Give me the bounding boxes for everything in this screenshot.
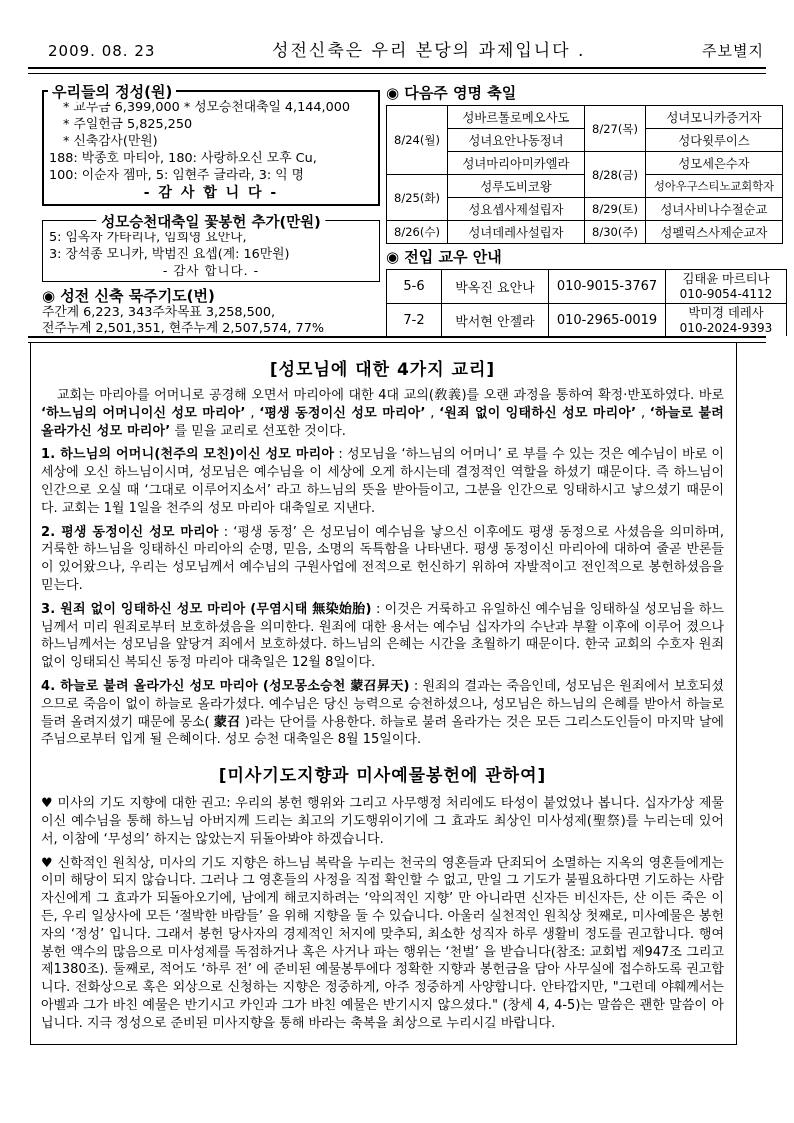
- feast-date-cell: 8/29(토): [585, 198, 646, 221]
- header-date: 2009. 08. 23: [48, 42, 155, 60]
- article-box: [성모님에 대한 4가지 교리] 교회는 마리아를 어머니로 공경해 오면서 마…: [30, 343, 737, 1045]
- offering-line: * 신축감사(만원): [49, 133, 373, 150]
- rosary-section: ◉ 성전 신축 묵주기도(번) 주간계 6,223, 343주차목표 3,258…: [42, 287, 380, 336]
- doctrine-item-2: 2. 평생 동정이신 성모 마리아 : ‘평생 동정’ 은 성모님이 예수님을 …: [41, 524, 724, 595]
- feast-saint-cell: 성아우구스티노교회학자: [646, 175, 783, 198]
- offerings-thanks: - 감 사 합 니 다 -: [49, 184, 373, 202]
- feast-saint-cell: 성녀데레사설립자: [448, 221, 585, 244]
- offering-line: 188: 박종호 마티아, 180: 사랑하오신 모후 Cu,: [49, 150, 373, 167]
- header-divider: [28, 67, 766, 74]
- transfer-table-title: ◉ 전입 교우 안내: [386, 248, 770, 266]
- header-title: 성전신축은 우리 본당의 과제입니다 .: [272, 36, 585, 61]
- doctrine-item-4: 4. 하늘로 불려 올라가신 성모 마리아 (성모몽소승천 蒙召昇天) : 원죄…: [41, 678, 724, 749]
- flower-line: 3: 장석종 모니카, 박범진 요셉(계: 16만원): [49, 246, 373, 263]
- feast-saint-cell: 성녀요안나동정녀: [448, 129, 585, 152]
- flower-thanks: - 감사 합니다. -: [49, 263, 373, 279]
- feast-table-title: ◉ 다음주 영명 축일: [386, 84, 770, 102]
- offerings-box: 우리들의 정성(원) * 교무금 6,399,000 * 성모승천대축일 4,1…: [42, 90, 380, 206]
- table-row: 8/26(수) 성녀데레사설립자 8/30(주) 성펠릭스사제순교자: [387, 221, 783, 244]
- feast-date-cell: 8/28(금): [585, 152, 646, 198]
- offering-line: * 주일헌금 5,825,250: [49, 116, 373, 133]
- feast-date-cell: 8/30(주): [585, 221, 646, 244]
- section-divider: [28, 336, 766, 343]
- mass-paragraph-2: ♥ 신학적인 원칙상, 미사의 기도 지향은 하느님 복락을 누리는 천국의 영…: [41, 855, 724, 1033]
- transfer-table: 5-6 박옥진 요안나 010-9015-3767 김태윤 마르티나 010-9…: [386, 269, 787, 336]
- doctrine-title: [성모님에 대한 4가지 교리]: [41, 355, 724, 380]
- feast-saint-cell: 성녀모니카증거자: [646, 106, 783, 129]
- top-section: 우리들의 정성(원) * 교무금 6,399,000 * 성모승천대축일 4,1…: [0, 74, 794, 336]
- helper-name: 박미경 데레사: [668, 306, 784, 321]
- rosary-title: ◉ 성전 신축 묵주기도(번): [42, 287, 380, 305]
- mass-title: [미사기도지향과 미사예물봉헌에 관하여]: [41, 761, 724, 786]
- transfer-name-cell: 박서현 안젤라: [442, 304, 549, 337]
- feast-saint-cell: 성펠릭스사제순교자: [646, 221, 783, 244]
- doctrine-item-3: 3. 원죄 없이 잉태하신 성모 마리아 (무염시태 無染始胎) : 이것은 거…: [41, 601, 724, 672]
- transfer-phone-cell: 010-2965-0019: [549, 304, 666, 337]
- helper-name: 김태윤 마르티나: [668, 272, 784, 287]
- feast-date-cell: 8/26(수): [387, 221, 448, 244]
- doctrine-item-1: 1. 하느님의 어머니(천주의 모친)이신 성모 마리아 : 성모님을 ‘하느님…: [41, 446, 724, 517]
- header-page-label: 주보별지: [702, 40, 764, 61]
- transfer-name-cell: 박옥진 요안나: [442, 270, 549, 304]
- feast-saint-cell: 성요셉사제설립자: [448, 198, 585, 221]
- feast-saint-cell: 성바르톨로메오사도: [448, 106, 585, 129]
- offering-line: 100: 이순자 젬마, 5: 임현주 글라라, 3: 익 명: [49, 167, 373, 184]
- feast-saint-cell: 성모세은수자: [646, 152, 783, 175]
- table-row: 8/24(월) 성바르톨로메오사도 8/27(목) 성녀모니카증거자: [387, 106, 783, 129]
- feast-saint-cell: 성녀마리아미카엘라: [448, 152, 585, 175]
- feast-saint-cell: 성녀사비나수절순교: [646, 198, 783, 221]
- feast-date-cell: 8/27(목): [585, 106, 646, 152]
- transfer-zone-cell: 7-2: [387, 304, 442, 337]
- feast-saint-cell: 성다윗루이스: [646, 129, 783, 152]
- transfer-phone-cell: 010-9015-3767: [549, 270, 666, 304]
- flower-box-title: 성모승천대축일 꽃봉헌 추가(만원): [96, 211, 325, 232]
- mass-paragraph-1: ♥ 미사의 기도 지향에 대한 권고: 우리의 봉헌 행위와 그리고 사무행정 …: [41, 795, 724, 848]
- bulletin-page: 2009. 08. 23 성전신축은 우리 본당의 과제입니다 . 주보별지 우…: [0, 0, 794, 1123]
- feast-saint-cell: 성루도비코왕: [448, 175, 585, 198]
- transfer-helper-cell: 박미경 데레사 010-2024-9393: [666, 304, 787, 337]
- feast-table: 8/24(월) 성바르톨로메오사도 8/27(목) 성녀모니카증거자 성녀요안나…: [386, 105, 783, 244]
- feast-date-cell: 8/25(화): [387, 175, 448, 221]
- transfer-zone-cell: 5-6: [387, 270, 442, 304]
- left-column: 우리들의 정성(원) * 교무금 6,399,000 * 성모승천대축일 4,1…: [42, 80, 380, 336]
- page-header: 2009. 08. 23 성전신축은 우리 본당의 과제입니다 . 주보별지: [0, 0, 794, 67]
- table-row: 5-6 박옥진 요안나 010-9015-3767 김태윤 마르티나 010-9…: [387, 270, 787, 304]
- right-column: ◉ 다음주 영명 축일 8/24(월) 성바르톨로메오사도 8/27(목) 성녀…: [386, 80, 770, 336]
- offerings-box-title: 우리들의 정성(원): [48, 81, 176, 102]
- doctrine-intro: 교회는 마리아를 어머니로 공경해 오면서 마리아에 대한 4대 교의(敎義)를…: [41, 387, 724, 440]
- rosary-line: 주간계 6,223, 343주차목표 3,258,500,: [42, 305, 380, 321]
- rosary-line: 전주누계 2,501,351, 현주누계 2,507,574, 77%: [42, 321, 380, 336]
- transfer-helper-cell: 김태윤 마르티나 010-9054-4112: [666, 270, 787, 304]
- helper-phone: 010-9054-4112: [668, 287, 784, 301]
- table-row: 7-2 박서현 안젤라 010-2965-0019 박미경 데레사 010-20…: [387, 304, 787, 337]
- helper-phone: 010-2024-9393: [668, 321, 784, 335]
- feast-date-cell: 8/24(월): [387, 106, 448, 175]
- flower-offering-box: 성모승천대축일 꽃봉헌 추가(만원) 5: 임옥자 가타리나, 임희영 요안나,…: [42, 220, 380, 282]
